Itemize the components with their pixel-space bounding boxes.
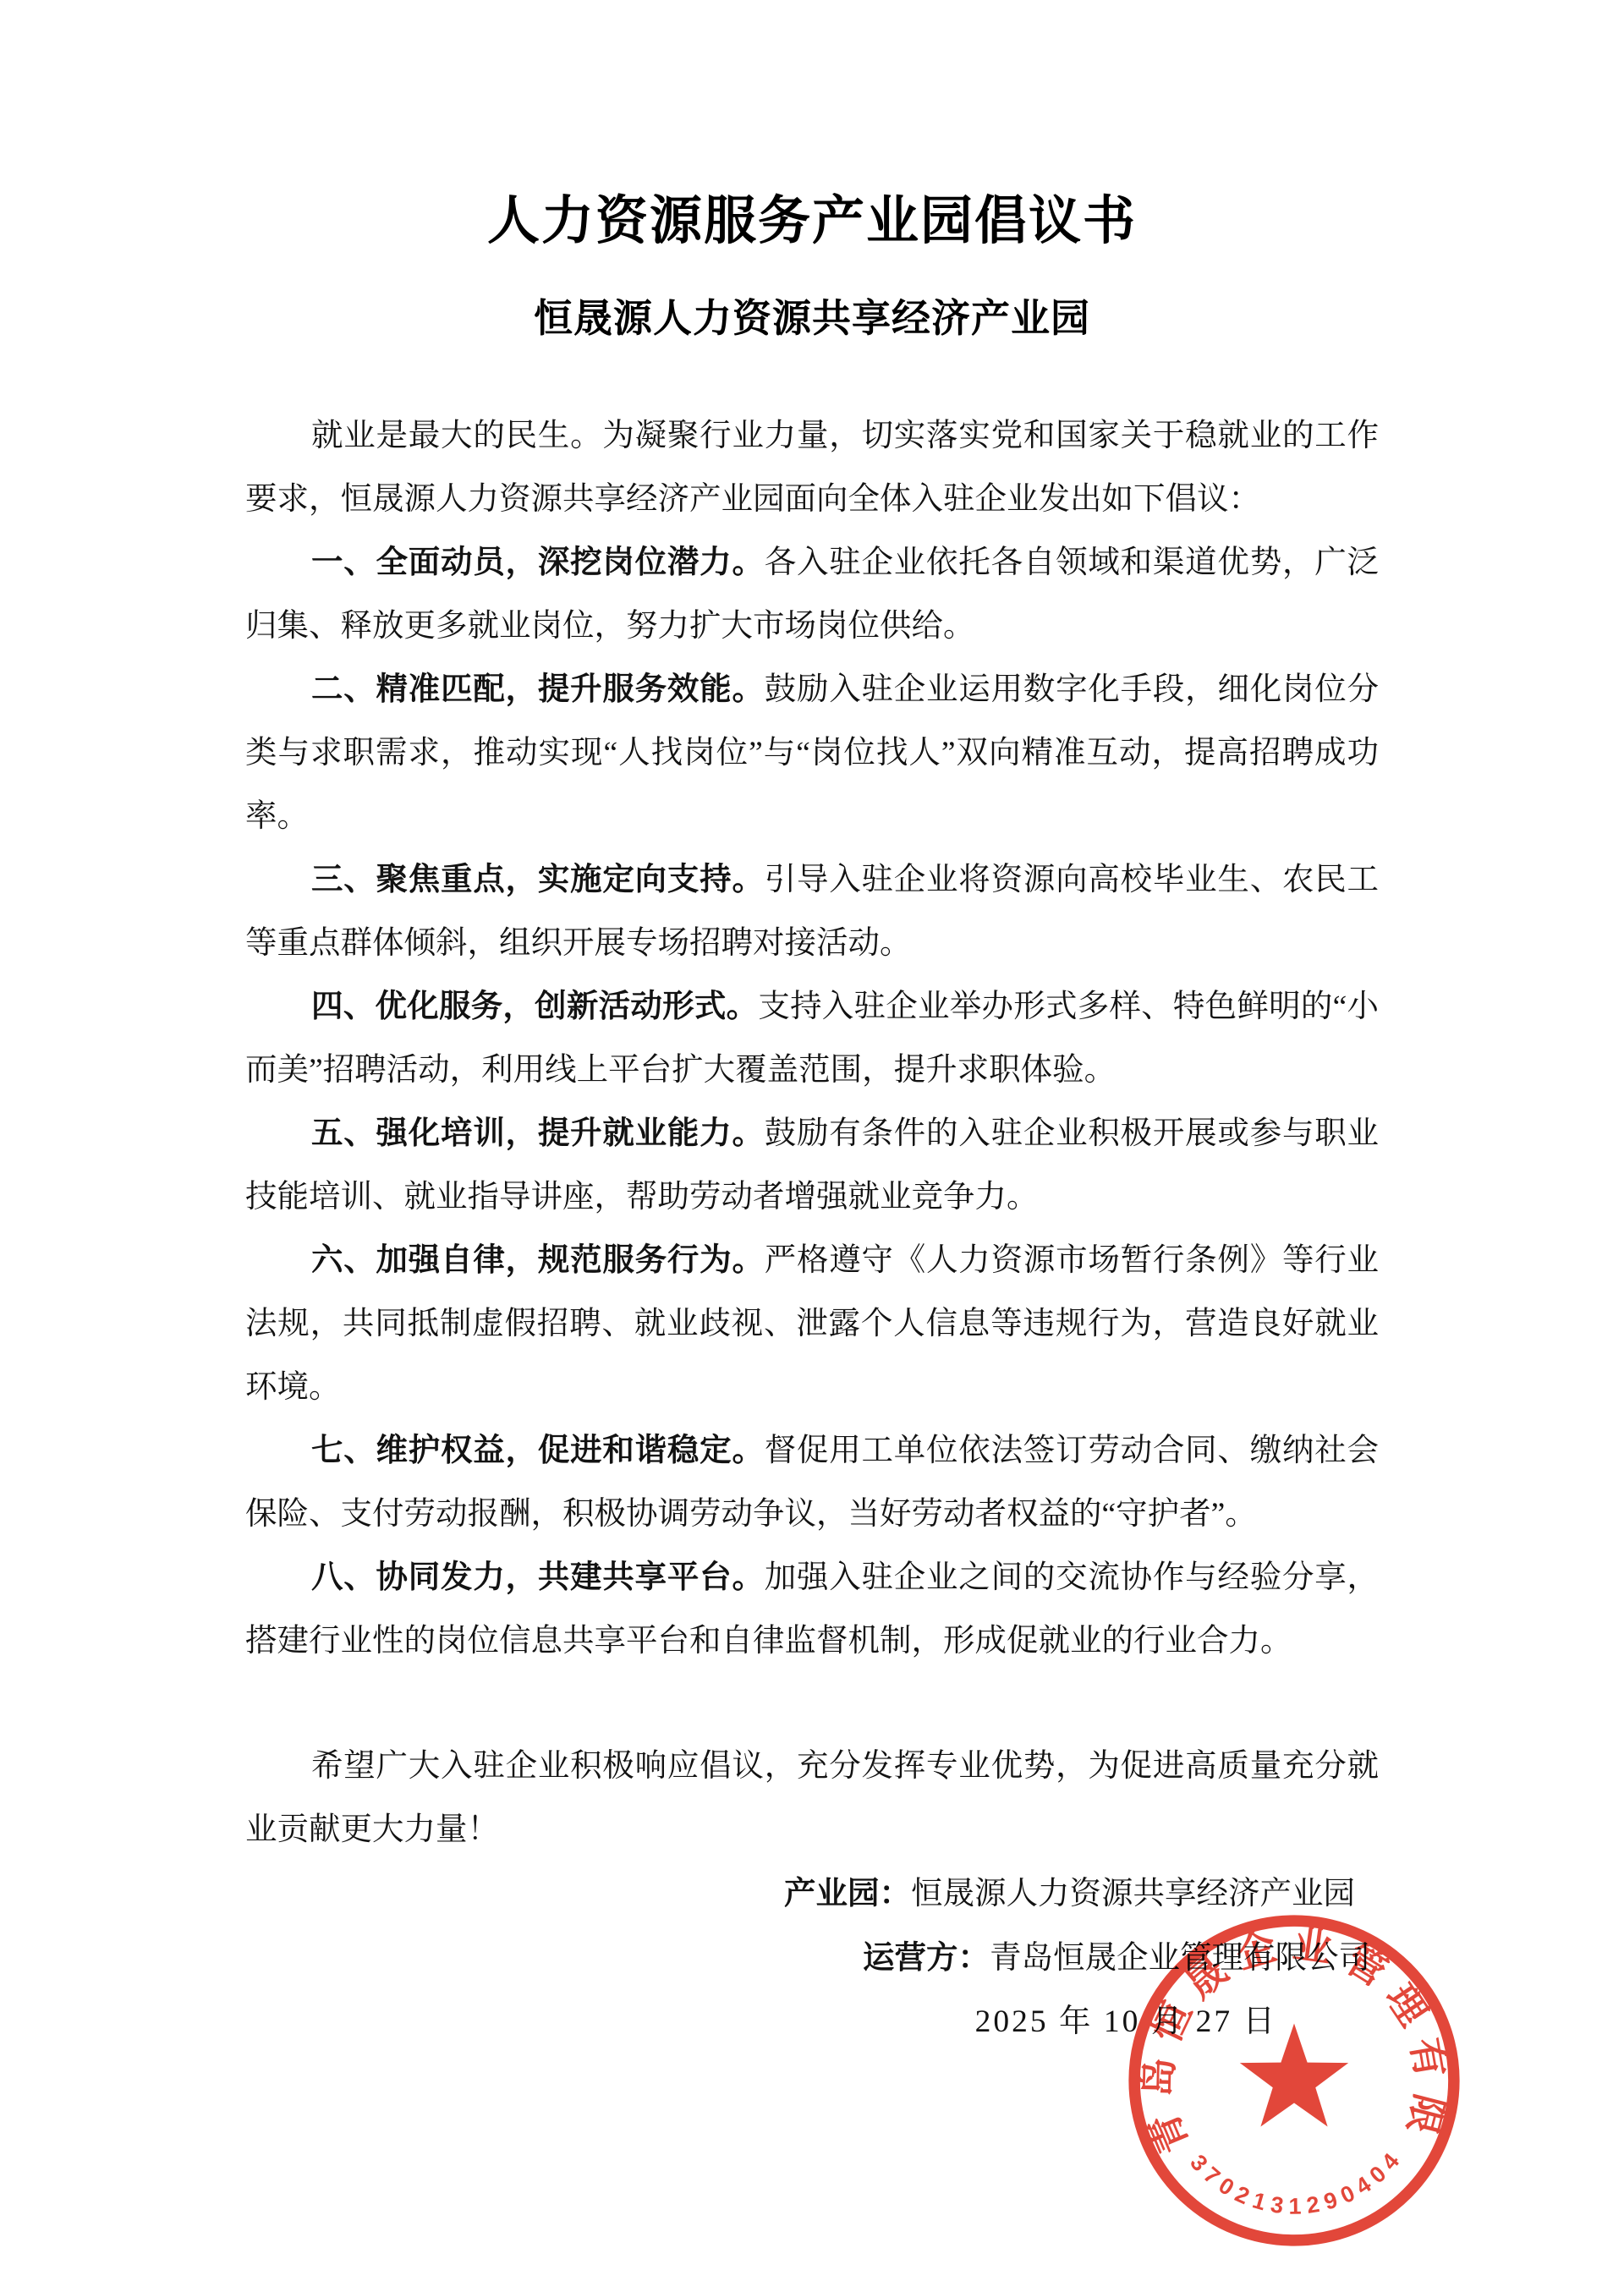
park-name: 恒晟源人力资源共享经济产业园 (911, 1877, 1355, 1911)
initiative-item-2: 二、精准匹配，提升服务效能。鼓励入驻企业运用数字化手段，细化岗位分类与求职需求，… (245, 658, 1379, 848)
item-7-lead: 七、维护权益，促进和谐稳定。 (311, 1434, 765, 1468)
document-subtitle: 恒晟源人力资源共享经济产业园 (245, 291, 1379, 345)
item-2-lead: 二、精准匹配，提升服务效能。 (311, 672, 765, 707)
document-title: 人力资源服务产业园倡议书 (245, 191, 1379, 252)
item-5-lead: 五、强化培训，提升就业能力。 (311, 1116, 765, 1151)
intro-paragraph: 就业是最大的民生。为凝聚行业力量，切实落实党和国家关于稳就业的工作要求，恒晟源人… (245, 404, 1379, 531)
signature-operator-line: 运营方：青岛恒晟企业管理有限公司 (245, 1926, 1379, 1990)
operator-label: 运营方： (863, 1939, 990, 1975)
signature-block: 产业园：恒晟源人力资源共享经济产业园 运营方：青岛恒晟企业管理有限公司 2025… (245, 1862, 1379, 2053)
initiative-item-7: 七、维护权益，促进和谐稳定。督促用工单位依法签订劳动合同、缴纳社会保险、支付劳动… (245, 1419, 1379, 1546)
item-6-lead: 六、加强自律，规范服务行为。 (311, 1243, 765, 1278)
item-8-lead: 八、协同发力，共建共享平台。 (311, 1560, 765, 1595)
initiative-item-3: 三、聚焦重点，实施定向支持。引导入驻企业将资源向高校毕业生、农民工等重点群体倾斜… (245, 848, 1379, 975)
operator-name: 青岛恒晟企业管理有限公司 (990, 1941, 1370, 1976)
initiative-item-8: 八、协同发力，共建共享平台。加强入驻企业之间的交流协作与经验分享，搭建行业性的岗… (245, 1546, 1379, 1673)
park-label: 产业园： (784, 1875, 911, 1911)
initiative-item-5: 五、强化培训，提升就业能力。鼓励有条件的入驻企业积极开展或参与职业技能培训、就业… (245, 1102, 1379, 1229)
svg-text:3702131290404: 3702131290404 (1185, 2148, 1404, 2218)
closing-paragraph: 希望广大入驻企业积极响应倡议，充分发挥专业优势，为促进高质量充分就业贡献更大力量… (245, 1735, 1379, 1862)
signature-date: 2025 年 10 月 27 日 (245, 1990, 1379, 2053)
signature-park-line: 产业园：恒晟源人力资源共享经济产业园 (245, 1862, 1379, 1926)
item-1-lead: 一、全面动员，深挖岗位潜力。 (311, 546, 765, 580)
item-3-lead: 三、聚焦重点，实施定向支持。 (311, 863, 765, 897)
initiative-item-6: 六、加强自律，规范服务行为。严格遵守《人力资源市场暂行条例》等行业法规，共同抵制… (245, 1229, 1379, 1419)
seal-serial-number: 3702131290404 (1185, 2148, 1404, 2218)
document-content: 人力资源服务产业园倡议书 恒晟源人力资源共享经济产业园 就业是最大的民生。为凝聚… (0, 191, 1624, 2053)
item-4-lead: 四、优化服务，创新活动形式。 (311, 990, 758, 1024)
document-body: 就业是最大的民生。为凝聚行业力量，切实落实党和国家关于稳就业的工作要求，恒晟源人… (245, 404, 1379, 1862)
initiative-item-1: 一、全面动员，深挖岗位潜力。各入驻企业依托各自领域和渠道优势，广泛归集、释放更多… (245, 531, 1379, 658)
initiative-item-4: 四、优化服务，创新活动形式。支持入驻企业举办形式多样、特色鲜明的“小而美”招聘活… (245, 975, 1379, 1102)
document-page: 人力资源服务产业园倡议书 恒晟源人力资源共享经济产业园 就业是最大的民生。为凝聚… (0, 0, 1624, 2270)
